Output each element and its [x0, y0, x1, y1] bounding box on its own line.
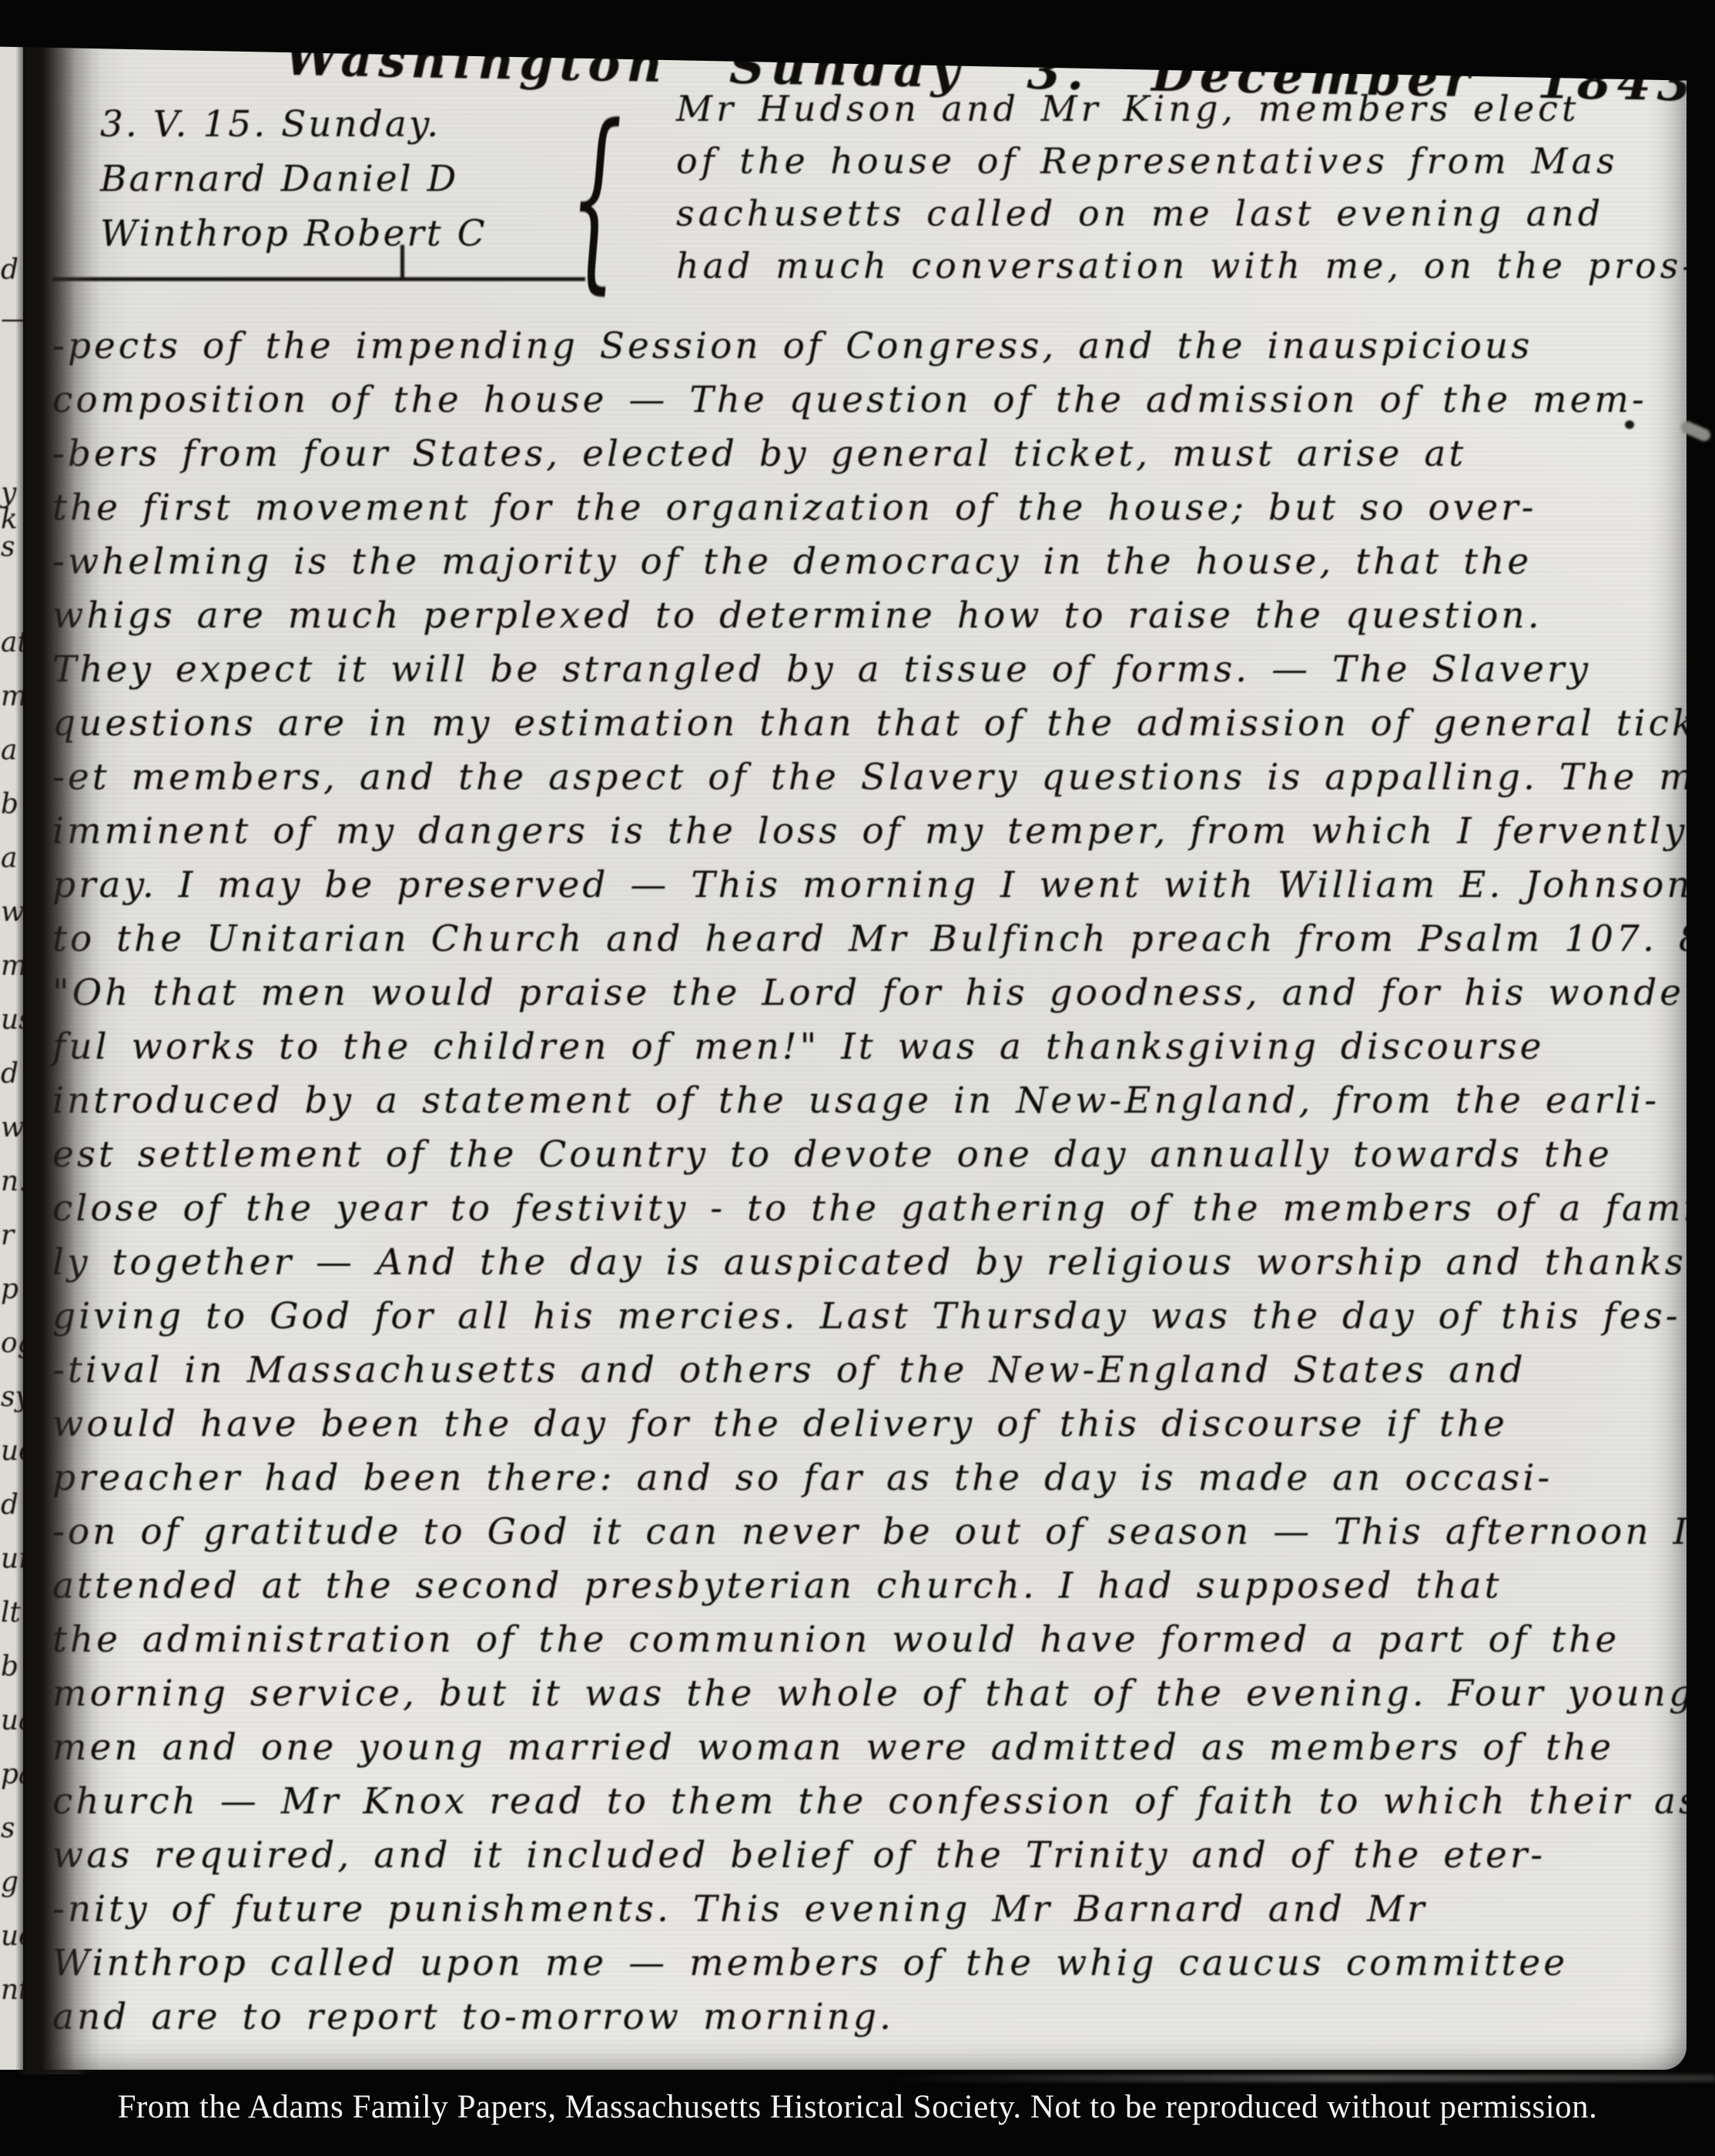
- manuscript-line: est settlement of the Country to devote …: [52, 1133, 1687, 1187]
- book-gutter: [15, 14, 92, 2074]
- manuscript-line: to the Unitarian Church and heard Mr Bul…: [52, 918, 1687, 972]
- manuscript-line: ly together — And the day is auspicated …: [52, 1241, 1687, 1295]
- page-bottom-edge-glow: [886, 2074, 1715, 2082]
- edge-text-fragment: r: [1, 1220, 14, 1251]
- manuscript-line: -bers from four States, elected by gener…: [52, 433, 1687, 487]
- manuscript-line: preacher had been there: and so far as t…: [52, 1457, 1687, 1511]
- manuscript-line: -nity of future punishments. This evenin…: [52, 1888, 1687, 1942]
- manuscript-line: of the house of Representatives from Mas: [676, 140, 1687, 192]
- manuscript-line: morning service, but it was the whole of…: [52, 1672, 1687, 1726]
- manuscript-line: "Oh that men would praise the Lord for h…: [52, 972, 1687, 1026]
- manuscript-line: close of the year to festivity - to the …: [52, 1187, 1687, 1241]
- manuscript-line: the administration of the communion woul…: [52, 1619, 1687, 1672]
- margin-note-rule-stem: [400, 245, 404, 279]
- manuscript-line: church — Mr Knox read to them the confes…: [52, 1780, 1687, 1834]
- manuscript-line: was required, and it included belief of …: [52, 1834, 1687, 1888]
- ink-dot: [1625, 420, 1634, 429]
- manuscript-line: the first movement for the organization …: [52, 487, 1687, 541]
- manuscript-line: -pects of the impending Session of Congr…: [52, 325, 1687, 379]
- attribution-caption: From the Adams Family Papers, Massachuse…: [0, 2088, 1715, 2126]
- manuscript-line: whigs are much perplexed to determine ho…: [52, 594, 1687, 648]
- manuscript-line: sachusetts called on me last evening and: [676, 192, 1687, 245]
- manuscript-line: giving to God for all his mercies. Last …: [52, 1295, 1687, 1349]
- manuscript-line: -on of gratitude to God it can never be …: [52, 1511, 1687, 1565]
- manuscript-line: would have been the day for the delivery…: [52, 1403, 1687, 1457]
- manuscript-line: -whelming is the majority of the democra…: [52, 541, 1687, 594]
- margin-note-line: Winthrop Robert C: [100, 206, 487, 261]
- manuscript-line: men and one young married woman were adm…: [52, 1726, 1687, 1780]
- opening-brace-mark: {: [570, 83, 622, 311]
- margin-note-line: Barnard Daniel D: [100, 152, 487, 206]
- manuscript-line: had much conversation with me, on the pr…: [676, 245, 1687, 297]
- manuscript-line: -tival in Massachusetts and others of th…: [52, 1349, 1687, 1403]
- manuscript-line: They expect it will be strangled by a ti…: [52, 648, 1687, 702]
- edge-text-fragment: s: [1, 1813, 15, 1844]
- margin-note-rule: [52, 277, 585, 281]
- entry-opening-paragraph: Mr Hudson and Mr King, members elect of …: [676, 88, 1687, 297]
- margin-note: 3. V. 15. Sunday. Barnard Daniel D Winth…: [100, 97, 487, 261]
- diary-page: Washington Sunday 3. December 1843. 3. V…: [40, 17, 1687, 2070]
- manuscript-line: ful works to the children of men!" It wa…: [52, 1026, 1687, 1080]
- manuscript-line: -et members, and the aspect of the Slave…: [52, 756, 1687, 810]
- entry-body-text: -pects of the impending Session of Congr…: [52, 325, 1687, 2050]
- manuscript-line: attended at the second presbyterian chur…: [52, 1565, 1687, 1619]
- manuscript-line: questions are in my estimation than that…: [52, 702, 1687, 756]
- edge-text-fragment: s: [1, 531, 15, 563]
- manuscript-line: Mr Hudson and Mr King, members elect: [676, 88, 1687, 140]
- margin-note-line: 3. V. 15. Sunday.: [100, 97, 487, 152]
- manuscript-line: pray. I may be preserved — This morning …: [52, 864, 1687, 918]
- manuscript-line: Winthrop called upon me — members of the…: [52, 1942, 1687, 1996]
- manuscript-line: composition of the house — The question …: [52, 379, 1687, 433]
- manuscript-line: imminent of my dangers is the loss of my…: [52, 810, 1687, 864]
- manuscript-line: introduced by a statement of the usage i…: [52, 1080, 1687, 1133]
- manuscript-line: and are to report to-morrow morning.: [52, 1996, 1687, 2050]
- scanned-diary-photo: d — y k s at m a b a w my us d w n. r p …: [0, 0, 1715, 2156]
